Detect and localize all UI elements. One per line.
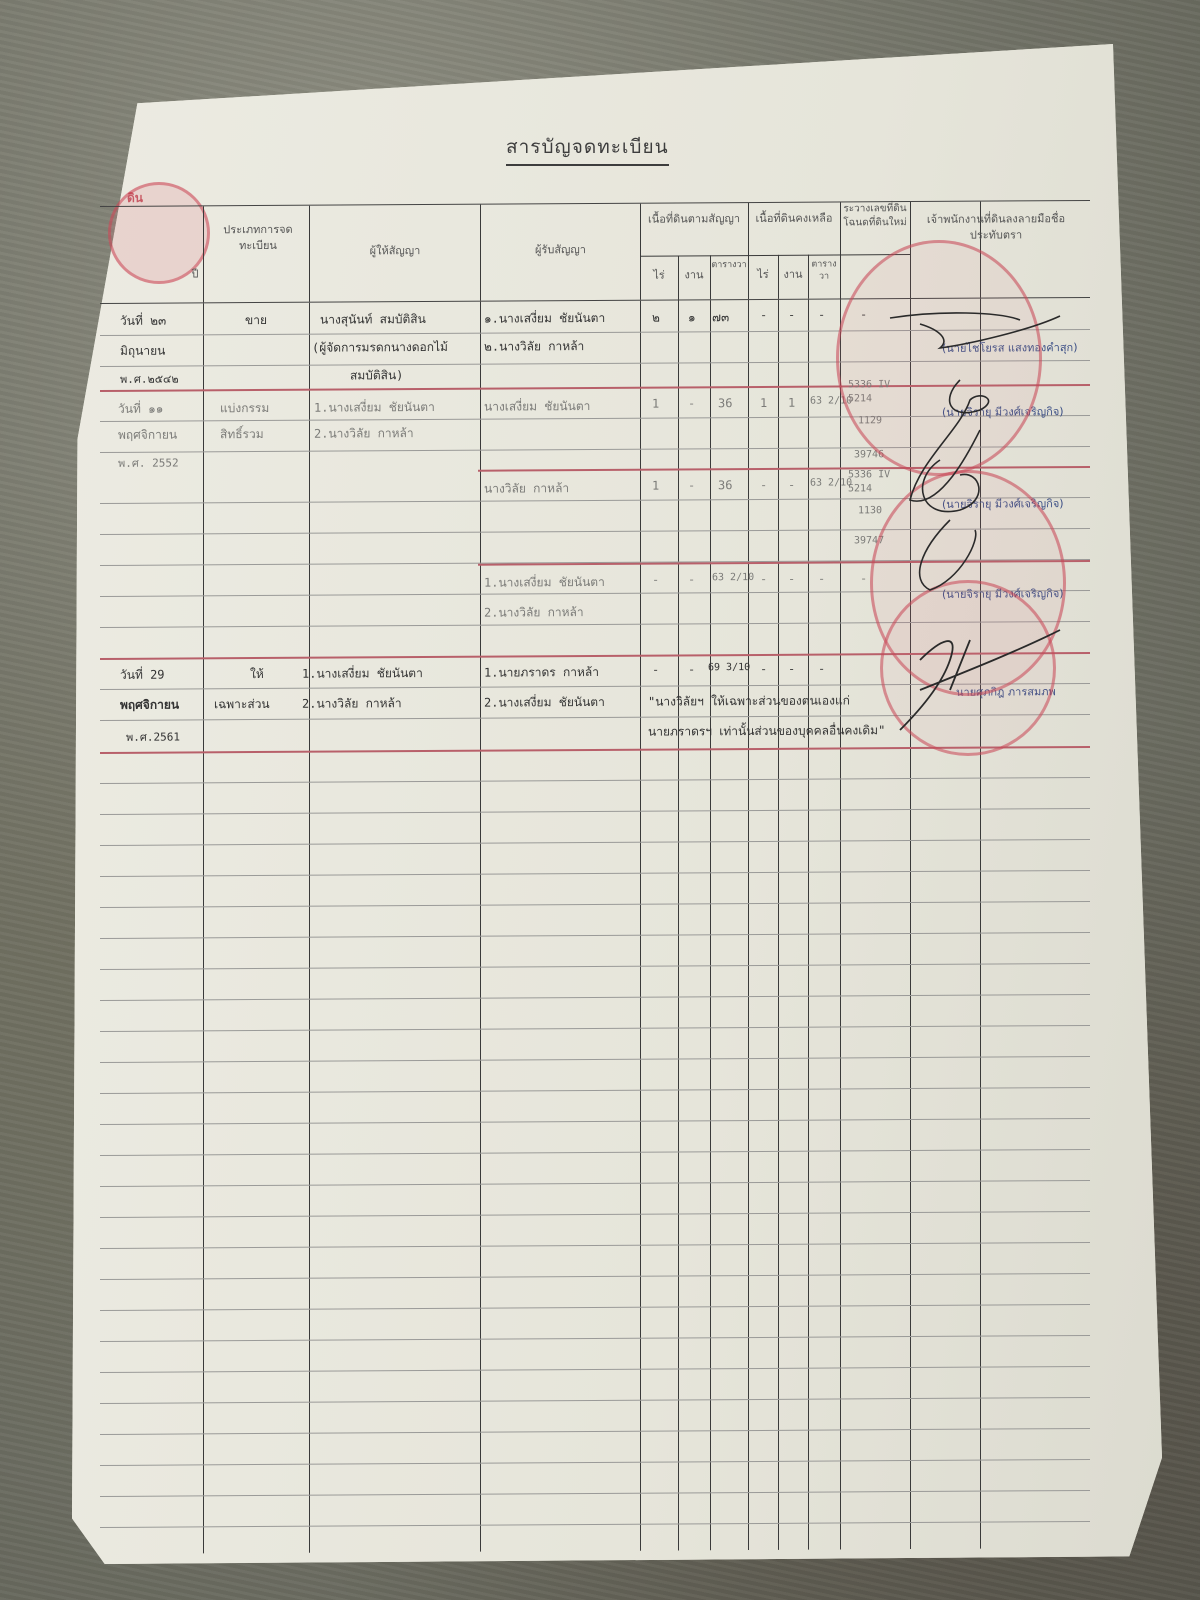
header-unit-sqwa-2: ตารางวา: [809, 258, 839, 282]
note-line: "นางวิลัยฯ ให้เฉพาะส่วนของตนเองแก่: [648, 691, 850, 711]
header-unit-ngan-2: งาน: [779, 267, 807, 283]
header-registration-type: ประเภทการจดทะเบียน: [212, 222, 304, 255]
header-area-remaining: เนื้อที่ดินคงเหลือ: [749, 210, 839, 227]
header-area-contract: เนื้อที่ดินตามสัญญา: [641, 211, 747, 228]
header-unit-sqwa: ตารางวา: [711, 259, 747, 271]
header-new-parcel: ระวางเลขที่ดินโฉนดที่ดินใหม่: [841, 202, 909, 230]
page-title: สารบัญจดทะเบียน: [506, 132, 669, 166]
officer-signatures: [880, 300, 1080, 760]
header-unit-rai: ไร่: [641, 267, 677, 283]
header-unit-rai-2: ไร่: [749, 267, 777, 283]
header-grantee: ผู้รับสัญญา: [481, 242, 640, 259]
note-line: นายภราดรฯ เท่านั้นส่วนของบุคคลอื่นคงเดิม…: [648, 721, 885, 741]
header-grantor: ผู้ให้สัญญา: [310, 243, 480, 260]
header-unit-ngan: งาน: [679, 267, 709, 283]
header-year: ปี: [188, 266, 202, 282]
